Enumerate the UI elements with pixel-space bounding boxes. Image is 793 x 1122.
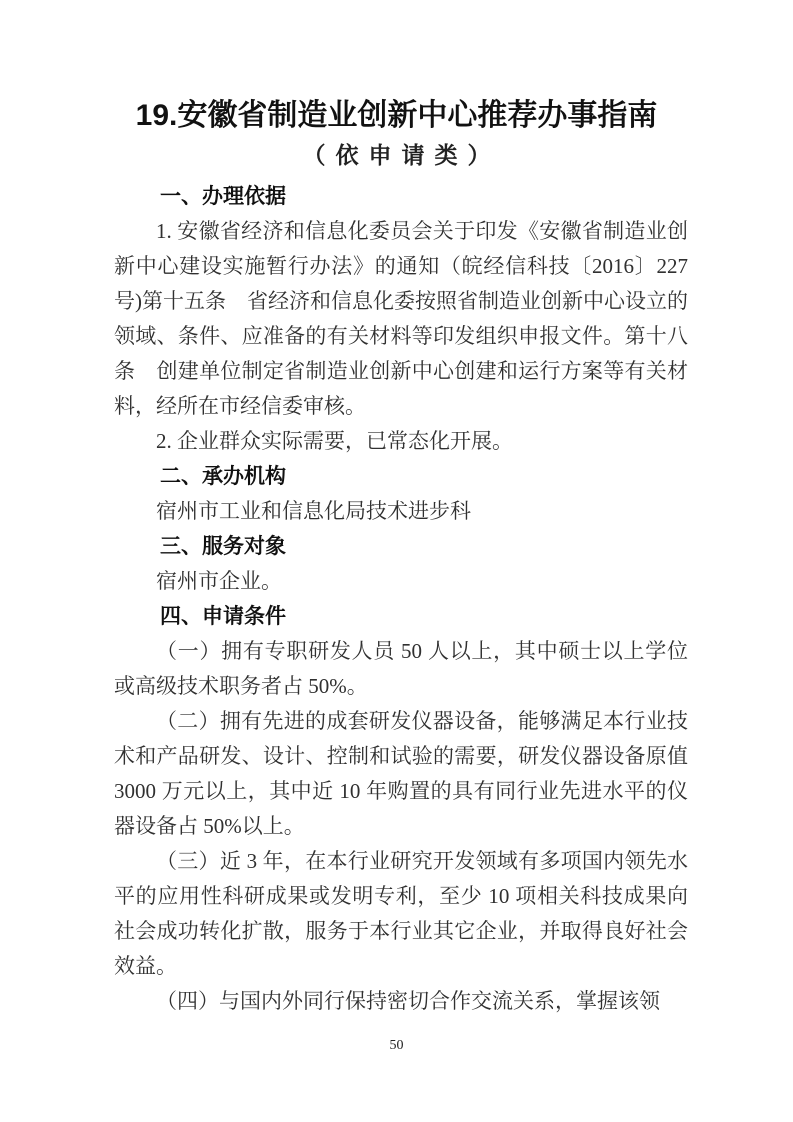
paragraph: 2. 企业群众实际需要，已常态化开展。: [114, 424, 688, 459]
page-subtitle: （依申请类）: [0, 140, 793, 172]
document-body: 一、办理依据1. 安徽省经济和信息化委员会关于印发《安徽省制造业创新中心建设实施…: [114, 179, 688, 1019]
paragraph: 宿州市工业和信息化局技术进步科: [114, 494, 688, 529]
section-heading-4: 四、申请条件: [114, 599, 688, 634]
page-number: 50: [0, 1038, 793, 1054]
paragraph: （一）拥有专职研发人员 50 人以上，其中硕士以上学位或高级技术职务者占 50%…: [114, 634, 688, 704]
section-heading-2: 二、承办机构: [114, 459, 688, 494]
paragraph: 1. 安徽省经济和信息化委员会关于印发《安徽省制造业创新中心建设实施暂行办法》的…: [114, 214, 688, 424]
paragraph: （三）近 3 年，在本行业研究开发领域有多项国内领先水平的应用性科研成果或发明专…: [114, 844, 688, 984]
paragraph: （二）拥有先进的成套研发仪器设备，能够满足本行业技术和产品研发、设计、控制和试验…: [114, 704, 688, 844]
paragraph: 宿州市企业。: [114, 564, 688, 599]
paragraph: （四）与国内外同行保持密切合作交流关系，掌握该领: [114, 984, 688, 1019]
document-page: 19.安徽省制造业创新中心推荐办事指南 （依申请类） 一、办理依据1. 安徽省经…: [0, 0, 793, 1122]
section-heading-3: 三、服务对象: [114, 529, 688, 564]
page-title: 19.安徽省制造业创新中心推荐办事指南: [0, 96, 793, 136]
section-heading-1: 一、办理依据: [114, 179, 688, 214]
